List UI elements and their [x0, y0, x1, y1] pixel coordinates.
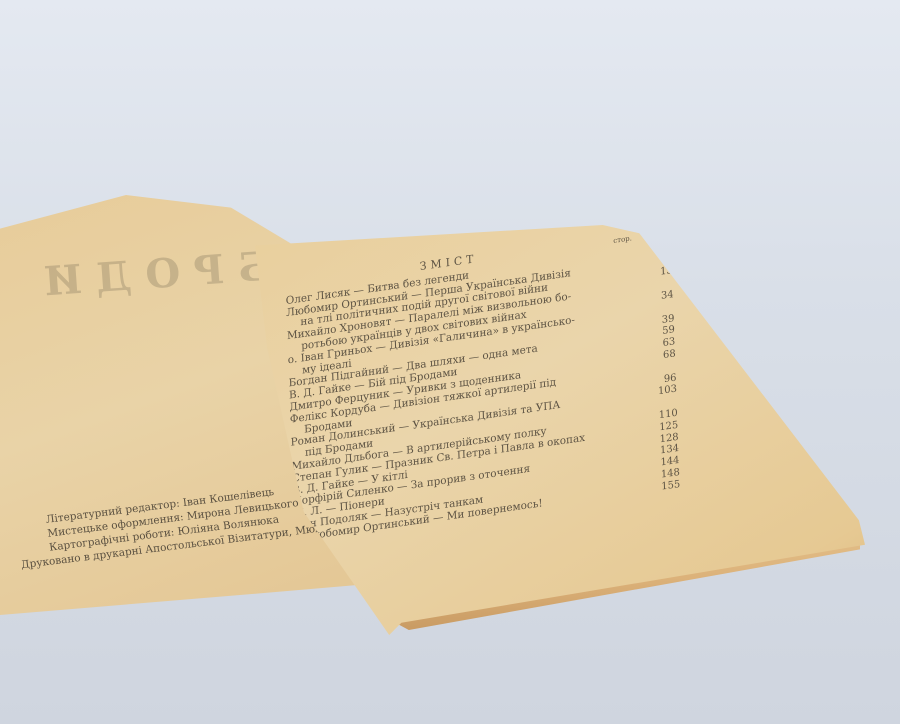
bleed-through-title: БРОДИ — [29, 243, 274, 307]
page-column-label: стор. — [613, 233, 632, 247]
photo-scene: БРОДИ Літературний редактор: Іван Кошелі… — [0, 0, 900, 724]
table-of-contents: ЗМІСТ стор. Олег Лисяк — Битва без леген… — [285, 234, 621, 545]
right-page: ЗМІСТ стор. Олег Лисяк — Битва без леген… — [255, 225, 865, 635]
